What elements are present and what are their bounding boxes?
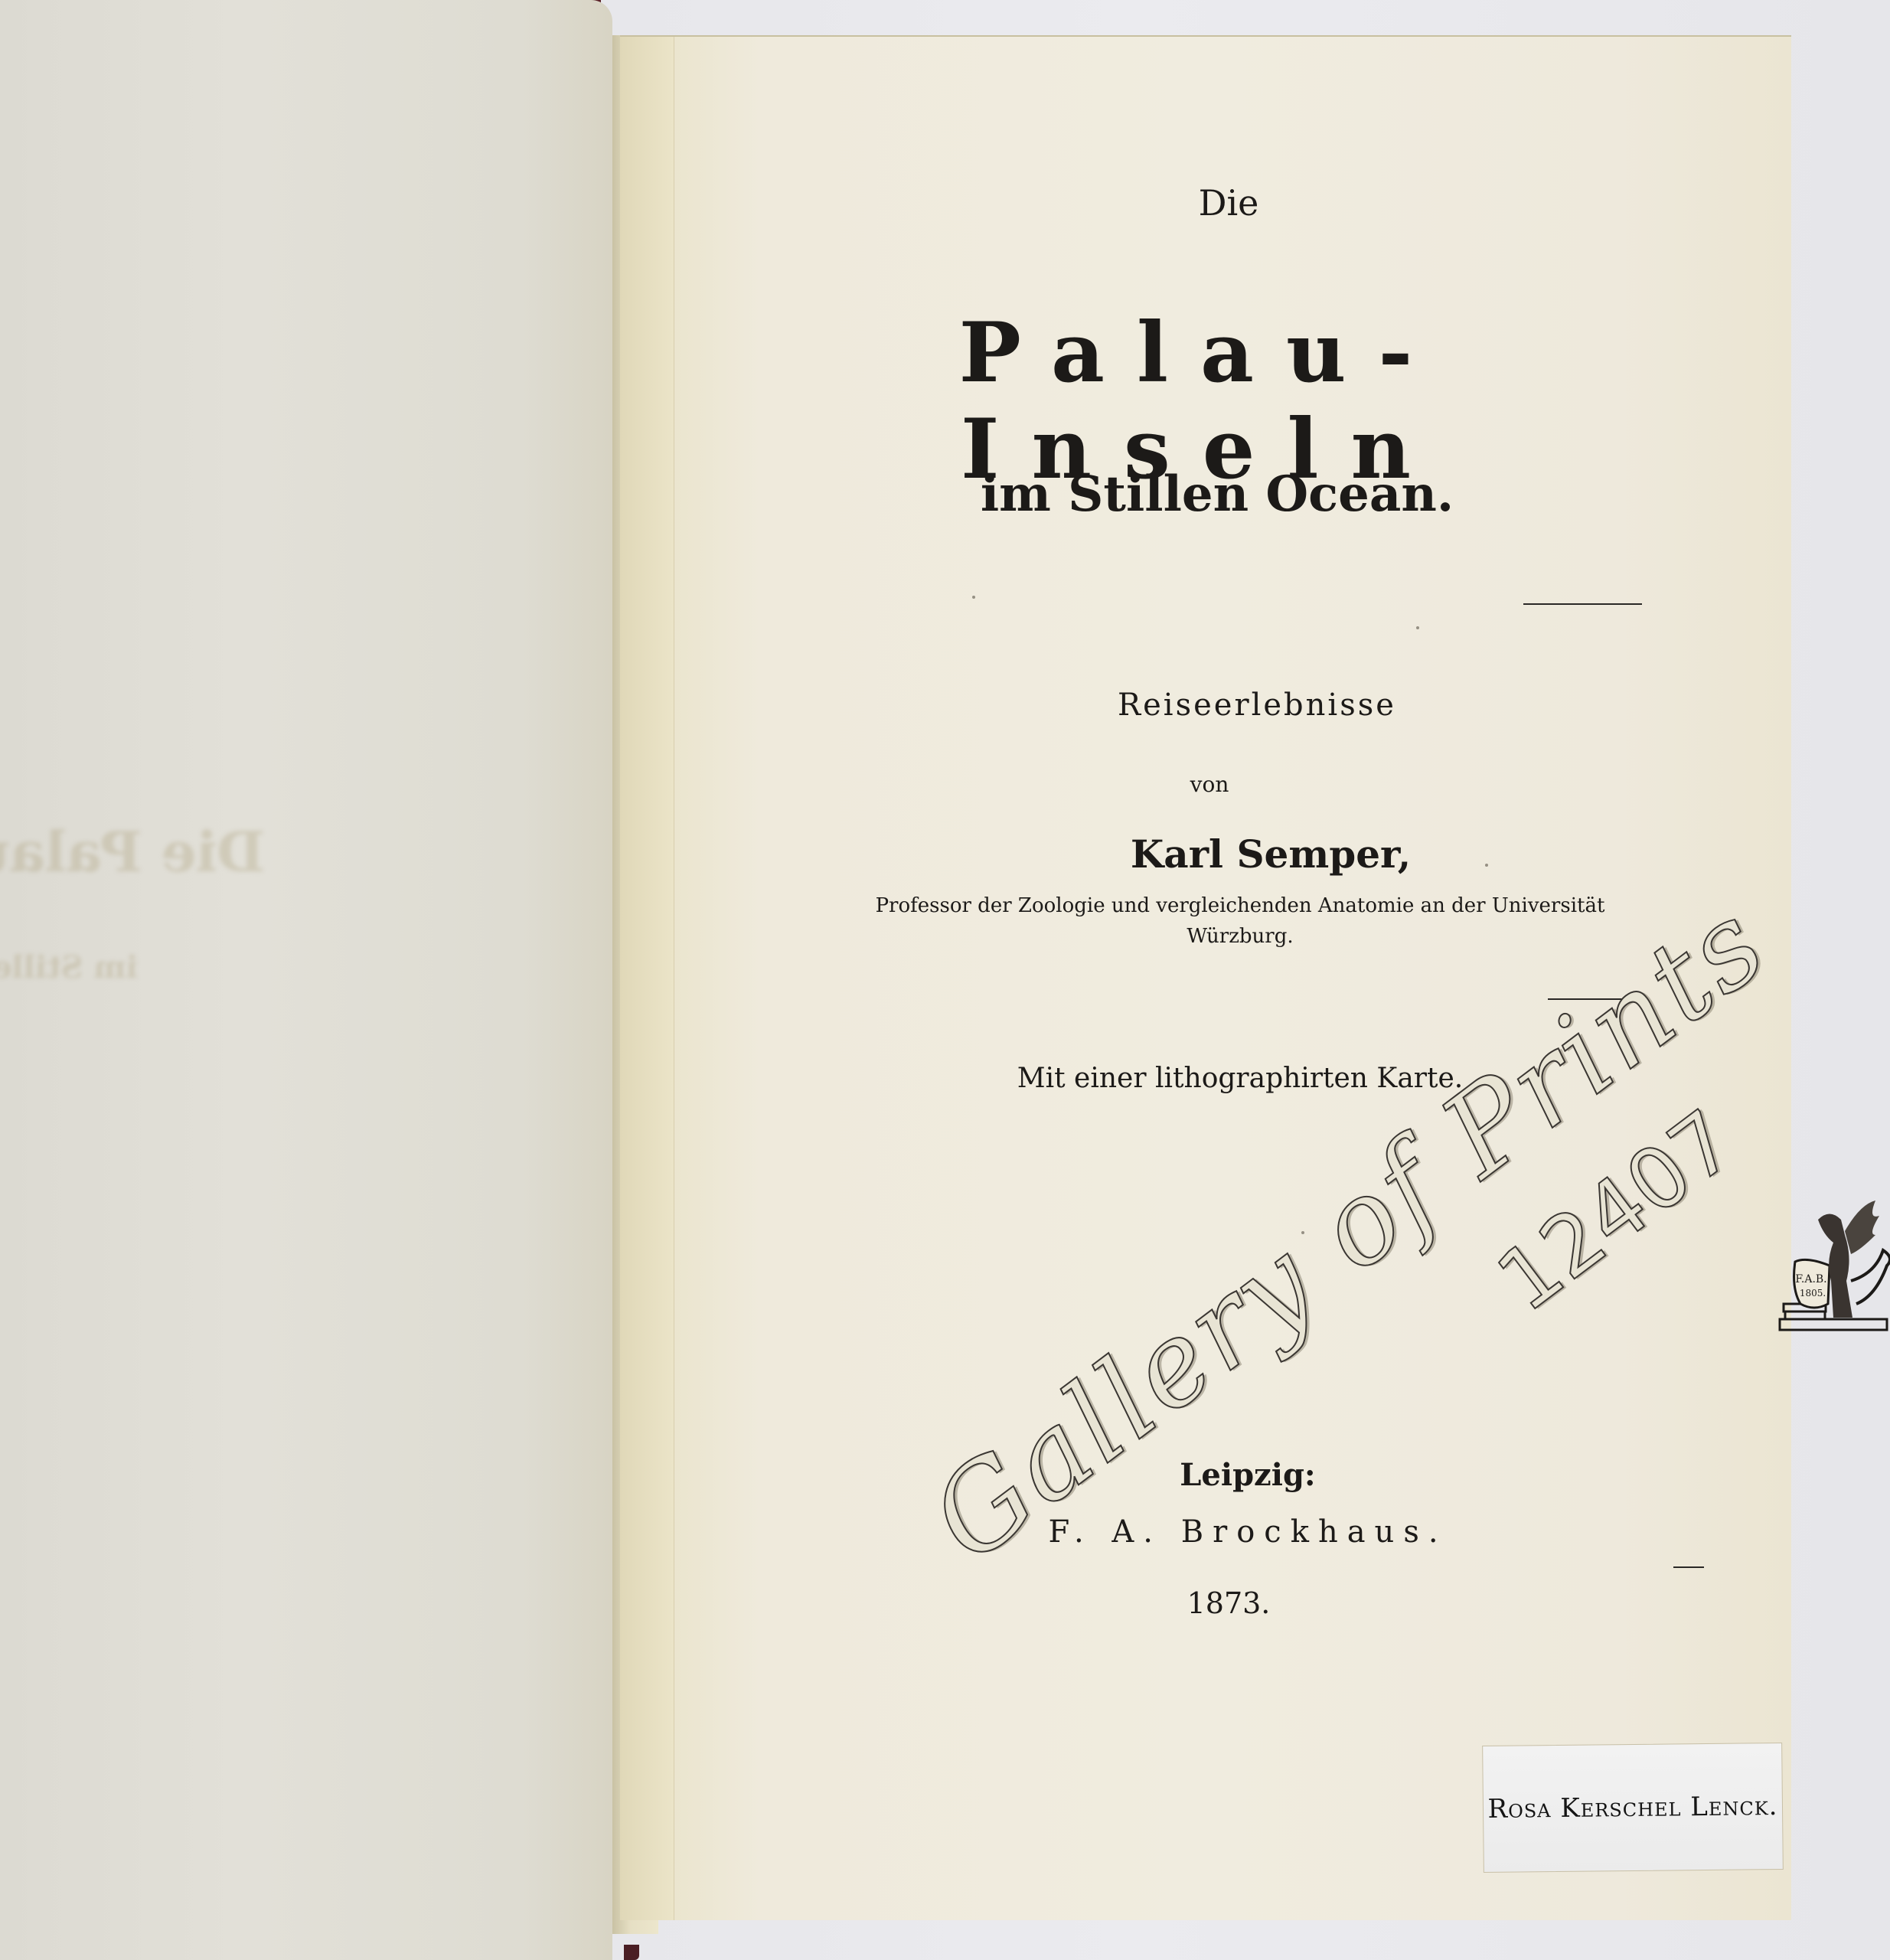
- divider-rule: [1673, 1566, 1704, 1568]
- divider-rule: [1523, 603, 1642, 605]
- ownership-label: Rosa Kerschel Lenck.: [1482, 1743, 1784, 1873]
- publication-year: 1873.: [1171, 1586, 1286, 1620]
- title-article: Die: [1198, 182, 1259, 224]
- author-name: Karl Semper,: [1003, 831, 1539, 877]
- emblem-shield-text: F.A.B.: [1795, 1273, 1826, 1285]
- book-cover-edge-bottom: [624, 1945, 639, 1960]
- page-stub: [620, 37, 674, 1920]
- ownership-label-text: Rosa Kerschel Lenck.: [1487, 1791, 1777, 1824]
- griffin-printer-mark-icon: F.A.B. 1805.: [1761, 1189, 1890, 1342]
- bleed-through-text: Die Palau: [0, 819, 265, 884]
- foxing-spot: [972, 596, 975, 599]
- emblem-shield-year: 1805.: [1800, 1288, 1826, 1298]
- foxing-spot: [1416, 626, 1419, 629]
- author-affiliation-city: Würzburg.: [1125, 925, 1355, 948]
- by-line: von: [1164, 772, 1255, 797]
- book-subtitle: im Stillen Ocean.: [911, 465, 1523, 523]
- publication-place: Leipzig:: [1133, 1457, 1363, 1493]
- left-page-flyleaf: Die Palau im Stille: [0, 0, 612, 1960]
- foxing-spot: [1485, 864, 1488, 867]
- author-affiliation: Professor der Zoologie und vergleichende…: [788, 894, 1692, 917]
- bleed-through-text: im Stille: [0, 949, 138, 985]
- book-genre: Reiseerlebnisse: [1118, 688, 1347, 723]
- publisher-name: F. A. Brockhaus.: [1018, 1514, 1477, 1550]
